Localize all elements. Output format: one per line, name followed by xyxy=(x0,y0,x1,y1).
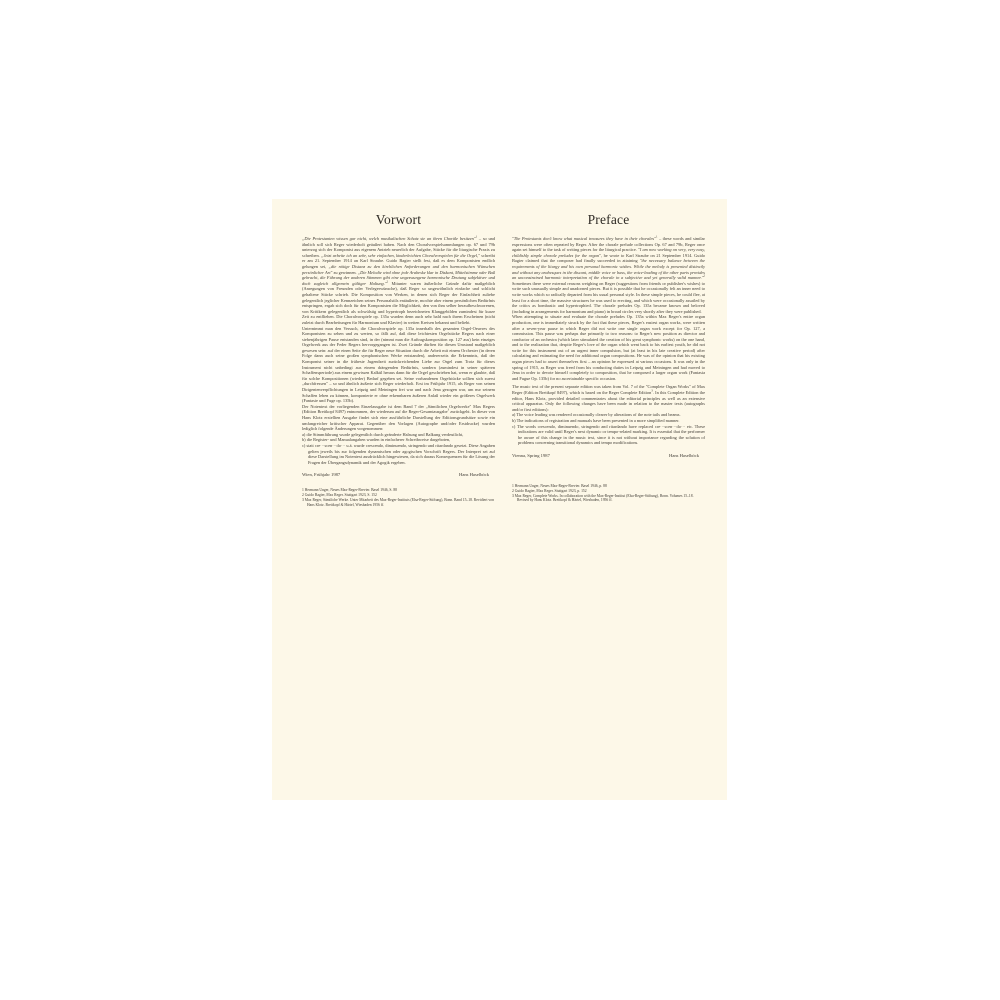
english-column: Preface "The Protestants don't know what… xyxy=(512,212,705,503)
author-name: Hans Haselböck xyxy=(459,472,489,477)
footnote: 3 Max Reger, Complete Works. In collabor… xyxy=(512,494,705,504)
german-column: Vorwort „Die Protestanten wissen gar nic… xyxy=(302,212,495,508)
author-name: Hans Haselböck xyxy=(669,453,699,458)
list-item: c) statt cre···scen···do··· u.ä. wurde c… xyxy=(302,443,495,465)
english-paragraph-1: "The Protestants don't know what musical… xyxy=(512,236,705,314)
text: zu gewinnen. xyxy=(332,270,357,275)
place-date: Vienna, Spring 1987 xyxy=(512,453,550,458)
quote: „Die Protestanten wissen gar nicht, welc… xyxy=(302,236,476,241)
english-paragraph-2: When attempting to situate and evaluate … xyxy=(512,314,705,381)
english-paragraph-3: The music text of the present separate e… xyxy=(512,384,705,412)
german-paragraph-1: „Die Protestanten wissen gar nicht, welc… xyxy=(302,236,495,326)
german-title: Vorwort xyxy=(302,212,495,228)
german-footnotes: 1 Hermann Unger, Neues Max-Reger-Brevier… xyxy=(302,488,495,507)
german-paragraph-2: Unternimmt man den Versuch, die Choralvo… xyxy=(302,326,495,404)
english-title: Preface xyxy=(512,212,705,228)
english-signature: Vienna, Spring 1987 Hans Haselböck xyxy=(512,453,705,458)
quote: "The Protestants don't know what musical… xyxy=(512,236,656,241)
german-signature: Wien, Frühjahr 1987 Hans Haselböck xyxy=(302,472,495,477)
list-item: c) The words crescendo, diminuendo, stri… xyxy=(512,424,705,446)
german-changes-list: a) die Stimmführung wurde gelegentlich d… xyxy=(302,432,495,466)
german-body: „Die Protestanten wissen gar nicht, welc… xyxy=(302,236,495,465)
place-date: Wien, Frühjahr 1987 xyxy=(302,472,340,477)
english-footnotes: 1 Hermann Unger, Neues Max-Reger-Brevier… xyxy=(512,484,705,503)
list-item: b) The indications of registration and m… xyxy=(512,418,705,424)
english-changes-list: a) The voice leading was rendered occasi… xyxy=(512,412,705,446)
quote: „Jetzt arbeite ich an sehr, sehr einfach… xyxy=(321,253,480,258)
footnote-mark: 2 xyxy=(704,274,706,278)
german-paragraph-3: Der Notentext der vorliegenden Einzelaus… xyxy=(302,404,495,432)
text: Sometimes there were external reasons we… xyxy=(512,281,705,314)
text: Mitunter waren äußerliche Gründe dafür m… xyxy=(302,281,495,325)
english-body: "The Protestants don't know what musical… xyxy=(512,236,705,446)
footnote: 3 Max Reger, Sämtliche Werke. Unter Mita… xyxy=(302,498,495,508)
document-page: Vorwort „Die Protestanten wissen gar nic… xyxy=(272,199,727,800)
